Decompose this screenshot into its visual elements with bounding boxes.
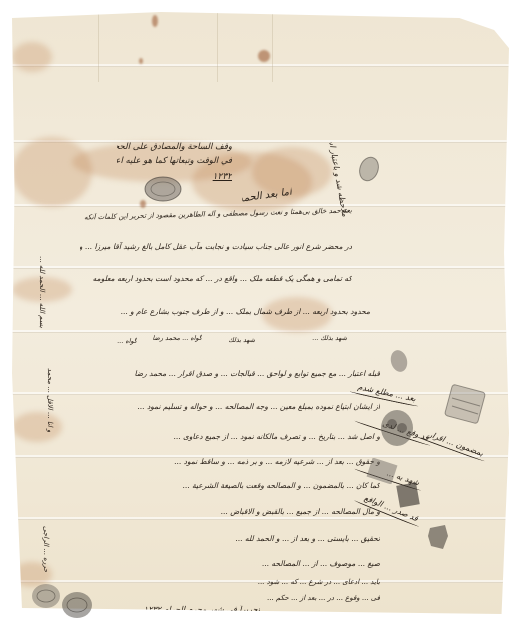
- body-line: که تمامی و همگی یک قطعه ملک ... واقع در …: [80, 274, 352, 283]
- seal-bottom-left-1: [30, 582, 62, 610]
- body-line: قبله اعتبار ... مع جمیع توابع و لواحق ..…: [80, 369, 380, 378]
- seal-right-6: [425, 522, 451, 552]
- fold-line: [12, 392, 509, 395]
- margin-note: حرره ... الراجی: [42, 452, 50, 572]
- header-note-line-2: في الوقت وتبعاتها كما هو عليه اعزاز: [117, 156, 232, 166]
- ink-spot: [258, 50, 270, 62]
- fold-line: [12, 517, 509, 520]
- fold-line: [217, 12, 218, 82]
- seal-right-1: [388, 348, 410, 374]
- water-stain: [12, 137, 92, 207]
- body-line: فی ... وقوع ... در ... بعد از ... حکم ..…: [80, 594, 380, 602]
- signature: بعد ... مطلع شدم: [356, 382, 417, 403]
- body-line: محدود بحدود اربعه ... از طرف شمال بملک .…: [80, 307, 370, 316]
- fold-line: [272, 12, 273, 82]
- witness-entry: گواه ... محمد رضا: [142, 334, 202, 342]
- body-line: از ایشان ابتیاع نموده بمبلغ معین ... وجه…: [80, 402, 380, 411]
- water-stain: [12, 42, 52, 72]
- header-date: ١٢٣٢: [192, 172, 232, 182]
- ink-spot: [152, 15, 158, 27]
- seal-right-3: [378, 408, 416, 448]
- header-note-line-1: وقف الساحة والمصادق على الحجر المرقوم: [117, 142, 232, 152]
- margin-note: و انا ... الاقل ... محمد: [46, 312, 54, 432]
- signature: بمضمون ... اقرار: [420, 427, 484, 458]
- water-stain: [12, 412, 62, 442]
- witness-entry: شهد بذلك ...: [267, 334, 347, 342]
- witness-entry: شهد بذلك: [210, 336, 255, 344]
- body-line: و حقوق ... بعد از ... شرعیه لازمه ... و …: [80, 457, 380, 466]
- body-line: و مال المصالحه ... از جمیع ... بالقبض و …: [80, 507, 380, 516]
- witness-entry: گواه ...: [87, 337, 137, 345]
- fold-line: [12, 140, 509, 143]
- body-line: بعد حمد خالق بی‌همتا و نعت رسول مصطفی و …: [82, 206, 352, 221]
- fold-line: [12, 64, 509, 67]
- body-line: صیغ ... موصوف ... از ... المصالحه ...: [80, 559, 380, 568]
- seal-bottom-left-2: [60, 590, 94, 620]
- margin-note: بسم الله ... الحمد لله ...: [38, 188, 46, 328]
- body-line: تحقیق ... بایستی ... و بعد از ... و الحم…: [80, 534, 380, 543]
- fold-line: [12, 330, 509, 333]
- fold-line: [98, 12, 99, 82]
- seal-right-2: [444, 384, 486, 424]
- footer-line: تحریراً فی شهر محرم الحرام ١٢٣٢: [100, 605, 260, 614]
- body-line: و اصل شد ... بتاریخ ... و تصرف مالکانه ن…: [80, 432, 380, 441]
- fold-line: [12, 266, 509, 269]
- body-line: باید ... ادعای ... در شرع ... که ... شود…: [80, 578, 380, 586]
- body-line: کما کان ... بالمضمون ... و المصالحه وقعت…: [80, 481, 380, 490]
- seal-top-right: [357, 155, 381, 183]
- ink-spot: [139, 58, 143, 64]
- seal-top-center: [143, 174, 183, 204]
- seal-right-5: [394, 480, 422, 510]
- body-line: در محضر شرع انور عالی جناب سیادت و نجابت…: [80, 242, 352, 251]
